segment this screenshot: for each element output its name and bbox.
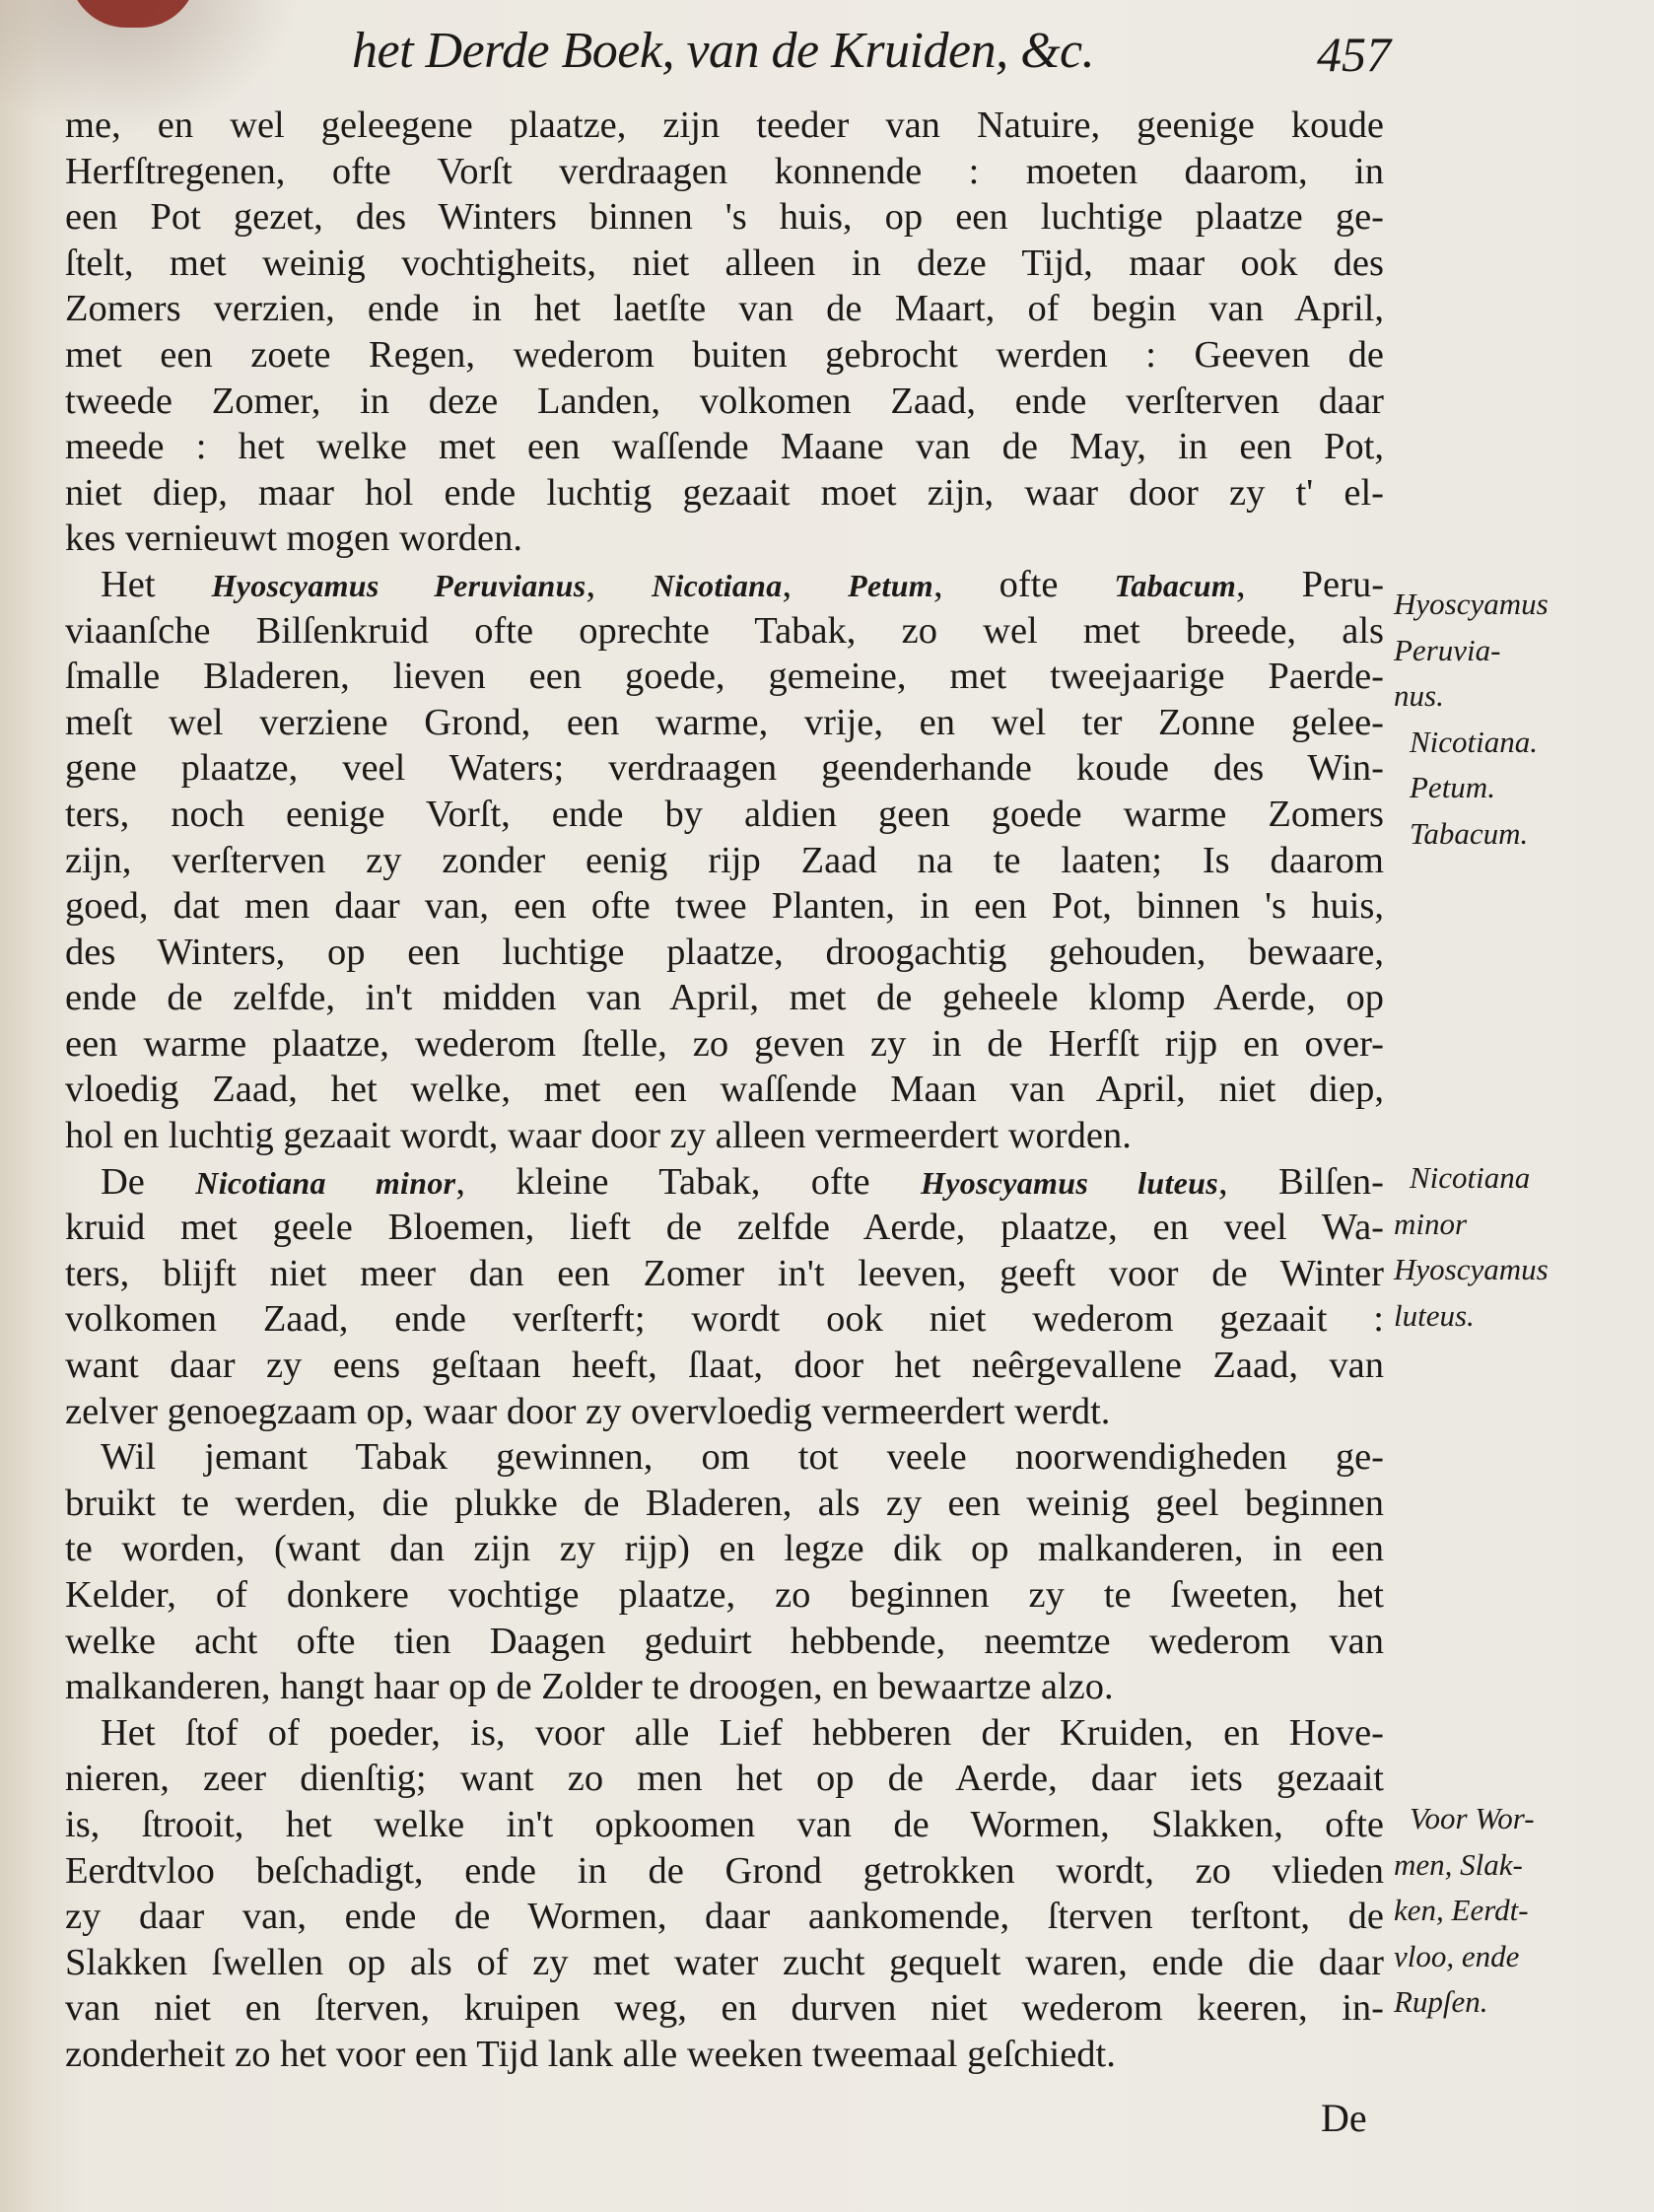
margin-note-line: Tabacum.: [1394, 811, 1650, 858]
margin-note-line: nus.: [1394, 673, 1650, 720]
text-line: ende de zelfde, in't midden van April, m…: [65, 975, 1384, 1021]
running-header: het Derde Boek, van de Kruiden, &c. 457: [0, 22, 1654, 91]
latin-plant-name: Petum: [848, 568, 933, 603]
margin-note-line: minor: [1394, 1202, 1650, 1248]
text-line: niet diep, maar hol ende luchtig gezaait…: [65, 470, 1384, 517]
text-run: De: [101, 1161, 195, 1203]
latin-plant-name: Nicotiana minor: [195, 1165, 455, 1201]
margin-note-line: Rupſen.: [1394, 1979, 1650, 2026]
text-line: een warme plaatze, wederom ſtelle, zo ge…: [65, 1021, 1384, 1068]
text-line: meſt wel verziene Grond, een warme, vrij…: [65, 700, 1384, 746]
text-run: , ofte: [933, 564, 1114, 605]
text-line: malkanderen, hangt haar op de Zolder te …: [65, 1664, 1384, 1710]
margin-note: Voor Wor-men, Slak-ken, Eerdt-vloo, ende…: [1394, 1796, 1650, 2026]
latin-plant-name: Hyoscyamus luteus: [921, 1165, 1218, 1201]
text-line: want daar zy eens geſtaan heeft, ſlaat, …: [65, 1343, 1384, 1389]
margin-note-line: Hyoscyamus: [1394, 1247, 1650, 1293]
text-line: van niet en ſterven, kruipen weg, en dur…: [65, 1985, 1384, 2032]
margin-note-line: Peruvia-: [1394, 628, 1650, 674]
text-line: Kelder, of donkere vochtige plaatze, zo …: [65, 1572, 1384, 1619]
running-title: het Derde Boek, van de Kruiden, &c.: [352, 22, 1094, 80]
text-line: volkomen Zaad, ende verſterft; wordt ook…: [65, 1296, 1384, 1343]
text-line: Zomers verzien, ende in het laetſte van …: [65, 286, 1384, 332]
text-line: een Pot gezet, des Winters binnen 's hui…: [65, 194, 1384, 241]
text-line: Wil jemant Tabak gewinnen, om tot veele …: [65, 1434, 1384, 1481]
text-line: nieren, zeer dienſtig; want zo men het o…: [65, 1756, 1384, 1802]
margin-note-line: Nicotiana: [1394, 1155, 1650, 1202]
text-line: zonderheit zo het voor een Tijd lank all…: [65, 2032, 1384, 2078]
text-line: met een zoete Regen, wederom buiten gebr…: [65, 332, 1384, 379]
margin-note-line: Voor Wor-: [1394, 1796, 1650, 1842]
text-run: , Bilſen-: [1218, 1161, 1384, 1203]
catchword: De: [1321, 2095, 1367, 2141]
page-number: 457: [1317, 26, 1391, 83]
margin-note-line: Nicotiana.: [1394, 720, 1650, 766]
text-line: viaanſche Bilſenkruid ofte oprechte Taba…: [65, 608, 1384, 655]
text-run: , Peru-: [1236, 564, 1384, 605]
text-run: , kleine Tabak, ofte: [455, 1161, 921, 1203]
text-line: Herfſtregenen, ofte Vorſt verdraagen kon…: [65, 149, 1384, 195]
text-line: De Nicotiana minor, kleine Tabak, ofte H…: [65, 1159, 1384, 1206]
text-line: zijn, verſterven zy zonder eenig rijp Za…: [65, 838, 1384, 884]
text-line: te worden, (want dan zijn zy rijp) en le…: [65, 1526, 1384, 1572]
text-line: zy daar van, ende de Wormen, daar aankom…: [65, 1894, 1384, 1940]
text-line: ſmalle Bladeren, lieven een goede, gemei…: [65, 654, 1384, 700]
text-line: ſtelt, met weinig vochtigheits, niet all…: [65, 241, 1384, 287]
text-line: zelver genoegzaam op, waar door zy overv…: [65, 1389, 1384, 1435]
text-line: kruid met geele Bloemen, lieft de zelfde…: [65, 1205, 1384, 1251]
text-line: bruikt te werden, die plukke de Bladeren…: [65, 1481, 1384, 1527]
text-line: hol en luchtig gezaait wordt, waar door …: [65, 1113, 1384, 1159]
text-line: ters, blijft niet meer dan een Zomer in'…: [65, 1251, 1384, 1297]
text-line: goed, dat men daar van, een ofte twee Pl…: [65, 883, 1384, 930]
margin-note-line: men, Slak-: [1394, 1842, 1650, 1889]
text-run: ,: [586, 564, 652, 605]
margin-note-line: luteus.: [1394, 1293, 1650, 1340]
text-line: Het Hyoscyamus Peruvianus, Nicotiana, Pe…: [65, 562, 1384, 608]
margin-note-line: vloo, ende: [1394, 1934, 1650, 1980]
text-line: meede : het welke met een waſſende Maane…: [65, 424, 1384, 470]
text-line: welke acht ofte tien Daagen geduirt hebb…: [65, 1619, 1384, 1665]
text-run: ,: [783, 564, 849, 605]
margin-note-line: Hyoscyamus: [1394, 582, 1650, 628]
margin-note: NicotianaminorHyoscyamusluteus.: [1394, 1155, 1650, 1339]
text-line: me, en wel geleegene plaatze, zijn teede…: [65, 103, 1384, 149]
text-line: Het ſtof of poeder, is, voor alle Lief h…: [65, 1710, 1384, 1757]
text-line: Eerdtvloo beſchadigt, ende in de Grond g…: [65, 1848, 1384, 1895]
book-page: het Derde Boek, van de Kruiden, &c. 457 …: [0, 0, 1654, 2212]
text-line: vloedig Zaad, het welke, met een waſſend…: [65, 1067, 1384, 1113]
text-line: tweede Zomer, in deze Landen, volkomen Z…: [65, 379, 1384, 425]
text-run: Het: [101, 564, 212, 605]
text-line: Slakken ſwellen op als of zy met water z…: [65, 1940, 1384, 1986]
body-text: me, en wel geleegene plaatze, zijn teede…: [65, 103, 1384, 2078]
margin-note-line: Petum.: [1394, 765, 1650, 811]
text-line: is, ſtrooit, het welke in't opkoomen van…: [65, 1802, 1384, 1848]
latin-plant-name: Nicotiana: [652, 568, 782, 603]
margin-note-line: ken, Eerdt-: [1394, 1888, 1650, 1934]
text-line: des Winters, op een luchtige plaatze, dr…: [65, 930, 1384, 976]
margin-note: HyoscyamusPeruvia-nus.Nicotiana.Petum.Ta…: [1394, 582, 1650, 858]
text-line: gene plaatze, veel Waters; verdraagen ge…: [65, 745, 1384, 792]
text-line: ters, noch eenige Vorſt, ende by aldien …: [65, 792, 1384, 838]
latin-plant-name: Hyoscyamus Peruvianus: [212, 568, 586, 603]
text-line: kes vernieuwt mogen worden.: [65, 516, 1384, 562]
latin-plant-name: Tabacum: [1114, 568, 1236, 603]
